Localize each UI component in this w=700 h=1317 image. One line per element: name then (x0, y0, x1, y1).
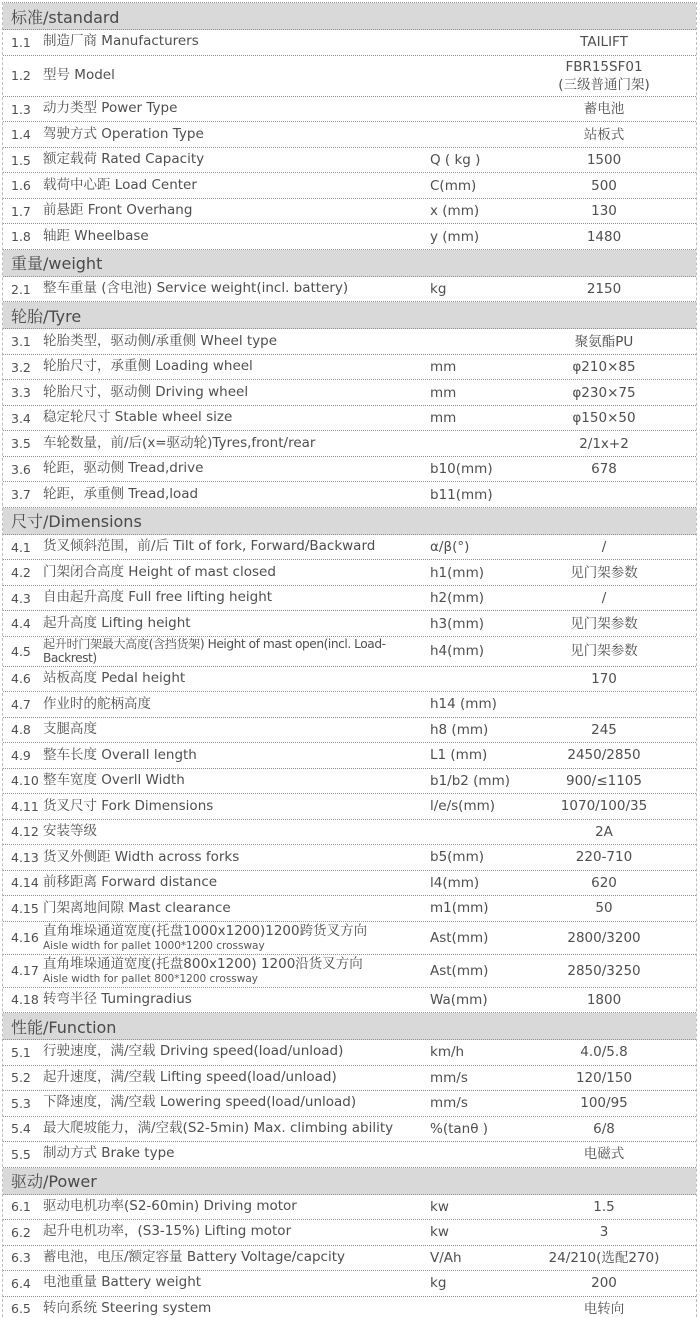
row-value: 3 (516, 1223, 696, 1241)
row-value: 2450/2850 (516, 746, 696, 764)
row-label: 货叉外侧距 Width across forks (43, 850, 430, 866)
table-row: 1.8 轴距 Wheelbase y (mm) 1480 (3, 224, 696, 250)
table-row: 3.4 稳定轮尺寸 Stable wheel size mm φ150×50 (3, 406, 696, 432)
row-number: 5.2 (11, 1070, 43, 1085)
row-value: FBR15SF01 (三级普通门架) (516, 58, 696, 94)
table-row: 4.8 支腿高度 h8 (mm) 245 (3, 718, 696, 744)
section-title: 驱动/Power (11, 1169, 97, 1192)
row-label-main: 轮距，驱动侧 Tread,drive (43, 461, 428, 477)
row-label-main: 整车宽度 Overll Width (43, 773, 428, 789)
row-label: 蓄电池，电压/额定容量 Battery Voltage/capcity (43, 1250, 430, 1266)
table-row: 4.15 门架离地间隙 Mast clearance m1(mm) 50 (3, 896, 696, 922)
table-row: 6.3 蓄电池，电压/额定容量 Battery Voltage/capcity … (3, 1246, 696, 1272)
row-number: 4.15 (11, 901, 43, 916)
row-label-main: 稳定轮尺寸 Stable wheel size (43, 410, 428, 426)
row-label: 电池重量 Battery weight (43, 1275, 430, 1291)
row-number: 5.5 (11, 1147, 43, 1162)
row-label: 最大爬坡能力，满/空载(S2-5min) Max. climbing abili… (43, 1121, 430, 1137)
section-header: 标准/standard (3, 3, 696, 30)
row-label-main: 起升时门架最大高度(含挡货架) Height of mast open(incl… (43, 637, 428, 666)
table-row: 6.5 转向系统 Steering system 电转向 (3, 1297, 696, 1317)
table-row: 4.12 安装等级 2A (3, 820, 696, 846)
row-label-main: 前移距离 Forward distance (43, 875, 428, 891)
row-label: 轮胎尺寸，驱动侧 Driving wheel (43, 385, 430, 401)
row-number: 4.14 (11, 875, 43, 890)
row-number: 6.2 (11, 1225, 43, 1240)
row-value: 2/1x+2 (516, 435, 696, 453)
section-title: 轮胎/Tyre (11, 304, 81, 327)
row-label-main: 轮胎尺寸，承重侧 Loading wheel (43, 359, 428, 375)
row-value: 50 (516, 899, 696, 917)
row-label: 货叉倾斜范围，前/后 Tilt of fork, Forward/Backwar… (43, 539, 430, 555)
row-number: 1.4 (11, 127, 43, 142)
row-label: 作业时的舵柄高度 (43, 697, 430, 713)
section-title: 标准/standard (11, 5, 119, 28)
row-number: 2.1 (11, 282, 43, 297)
row-label: 转向系统 Steering system (43, 1301, 430, 1317)
row-unit: x (mm) (430, 203, 516, 219)
row-unit: mm (430, 385, 516, 401)
row-number: 6.4 (11, 1276, 43, 1291)
table-row: 1.3 动力类型 Power Type 蓄电池 (3, 97, 696, 123)
row-number: 4.13 (11, 850, 43, 865)
table-row: 1.4 驾驶方式 Operation Type 站板式 (3, 122, 696, 148)
row-value: 100/95 (516, 1094, 696, 1112)
row-label: 型号 Model (43, 68, 430, 84)
table-row: 5.1 行驶速度，满/空载 Driving speed(load/unload)… (3, 1040, 696, 1066)
row-label-main: 整车长度 Overall length (43, 748, 428, 764)
row-number: 3.5 (11, 436, 43, 451)
row-value: 见门架参数 (516, 642, 696, 660)
row-number: 5.1 (11, 1045, 43, 1060)
row-label: 门架闭合高度 Height of mast closed (43, 565, 430, 581)
row-label: 前悬距 Front Overhang (43, 203, 430, 219)
row-unit: V/Ah (430, 1250, 516, 1266)
row-label: 轮胎尺寸，承重侧 Loading wheel (43, 359, 430, 375)
row-unit: b5(mm) (430, 849, 516, 865)
row-label: 安装等级 (43, 824, 430, 840)
row-value: 1480 (516, 228, 696, 246)
row-unit: h3(mm) (430, 616, 516, 632)
row-label-sub: Aisle width for pallet 1000*1200 crosswa… (43, 940, 428, 952)
row-label-main: 门架离地间隙 Mast clearance (43, 901, 428, 917)
section-header: 尺寸/Dimensions (3, 508, 696, 535)
row-label-main: 载荷中心距 Load Center (43, 178, 428, 194)
row-label-main: 额定载荷 Rated Capacity (43, 152, 428, 168)
row-number: 5.3 (11, 1096, 43, 1111)
row-label: 载荷中心距 Load Center (43, 178, 430, 194)
row-label: 驾驶方式 Operation Type (43, 127, 430, 143)
table-row: 5.4 最大爬坡能力，满/空载(S2-5min) Max. climbing a… (3, 1117, 696, 1143)
row-value: 130 (516, 202, 696, 220)
row-number: 4.2 (11, 565, 43, 580)
row-unit: h2(mm) (430, 590, 516, 606)
row-unit: C(mm) (430, 178, 516, 194)
row-label: 制动方式 Brake type (43, 1146, 430, 1162)
row-unit: Ast(mm) (430, 963, 516, 979)
table-row: 3.6 轮距，驱动侧 Tread,drive b10(mm) 678 (3, 457, 696, 483)
row-label: 整车宽度 Overll Width (43, 773, 430, 789)
table-row: 4.1 货叉倾斜范围，前/后 Tilt of fork, Forward/Bac… (3, 535, 696, 561)
section-header: 重量/weight (3, 250, 696, 277)
row-number: 3.1 (11, 334, 43, 349)
row-number: 1.1 (11, 35, 43, 50)
table-row: 1.5 额定载荷 Rated Capacity Q ( kg ) 1500 (3, 148, 696, 174)
table-row: 5.2 起升速度，满/空载 Lifting speed(load/unload)… (3, 1066, 696, 1092)
row-label-main: 支腿高度 (43, 722, 428, 738)
row-number: 4.18 (11, 992, 43, 1007)
row-label-main: 整车重量 (含电池) Service weight(incl. battery) (43, 281, 428, 297)
row-unit: l4(mm) (430, 875, 516, 891)
row-unit: h4(mm) (430, 643, 516, 659)
table-row: 4.4 起升高度 Lifting height h3(mm) 见门架参数 (3, 611, 696, 637)
row-label-main: 站板高度 Pedal height (43, 671, 428, 687)
row-number: 4.5 (11, 644, 43, 659)
table-row: 4.17 直角堆垛通道宽度(托盘800x1200) 1200沿货叉方向 Aisl… (3, 955, 696, 988)
row-value: 2800/3200 (516, 929, 696, 947)
row-label: 稳定轮尺寸 Stable wheel size (43, 410, 430, 426)
table-row: 6.2 起升电机功率，(S3-15%) Lifting motor kw 3 (3, 1220, 696, 1246)
row-label-main: 作业时的舵柄高度 (43, 697, 428, 713)
row-value: 2A (516, 823, 696, 841)
row-label: 门架离地间隙 Mast clearance (43, 901, 430, 917)
row-unit: Q ( kg ) (430, 152, 516, 168)
row-unit: kw (430, 1224, 516, 1240)
row-unit: mm/s (430, 1070, 516, 1086)
row-label-main: 转弯半径 Tumingradius (43, 992, 428, 1008)
row-label-main: 行驶速度，满/空载 Driving speed(load/unload) (43, 1044, 428, 1060)
row-number: 6.3 (11, 1250, 43, 1265)
table-row: 4.9 整车长度 Overall length L1 (mm) 2450/285… (3, 743, 696, 769)
row-value: 聚氨酯PU (516, 333, 696, 351)
row-value: 620 (516, 874, 696, 892)
table-row: 4.11 货叉尺寸 Fork Dimensions l/e/s(mm) 1070… (3, 794, 696, 820)
row-value: 500 (516, 177, 696, 195)
row-label: 车轮数量，前/后(x=驱动轮)Tyres,front/rear (43, 436, 430, 452)
row-label: 支腿高度 (43, 722, 430, 738)
row-value: φ150×50 (516, 409, 696, 427)
table-row: 1.1 制造厂商 Manufacturers TAILIFT (3, 30, 696, 56)
row-label-main: 轮胎尺寸，驱动侧 Driving wheel (43, 385, 428, 401)
row-label: 整车重量 (含电池) Service weight(incl. battery) (43, 281, 430, 297)
row-value: 1800 (516, 991, 696, 1009)
row-unit: h14 (mm) (430, 696, 516, 712)
row-label-main: 转向系统 Steering system (43, 1301, 428, 1317)
row-label-main: 货叉外侧距 Width across forks (43, 850, 428, 866)
table-row: 4.16 直角堆垛通道宽度(托盘1000x1200)1200跨货叉方向 Aisl… (3, 922, 696, 955)
table-row: 1.2 型号 Model FBR15SF01 (三级普通门架) (3, 56, 696, 97)
row-number: 1.2 (11, 68, 43, 83)
row-value: 24/210(选配270) (516, 1249, 696, 1267)
table-row: 5.5 制动方式 Brake type 电磁式 (3, 1142, 696, 1168)
row-value: 2150 (516, 280, 696, 298)
row-label: 起升速度，满/空载 Lifting speed(load/unload) (43, 1070, 430, 1086)
table-row: 5.3 下降速度，满/空载 Lowering speed(load/unload… (3, 1091, 696, 1117)
row-number: 1.7 (11, 204, 43, 219)
row-label: 轮距，承重侧 Tread,load (43, 487, 430, 503)
table-row: 3.7 轮距，承重侧 Tread,load b11(mm) (3, 482, 696, 508)
table-row: 3.1 轮胎类型，驱动侧/承重侧 Wheel type 聚氨酯PU (3, 329, 696, 355)
row-number: 6.1 (11, 1199, 43, 1214)
row-value: 220-710 (516, 848, 696, 866)
row-value: / (516, 538, 696, 556)
row-value: 电磁式 (516, 1145, 696, 1163)
row-unit: mm (430, 410, 516, 426)
table-row: 4.14 前移距离 Forward distance l4(mm) 620 (3, 871, 696, 897)
row-value: 200 (516, 1274, 696, 1292)
row-label-main: 货叉倾斜范围，前/后 Tilt of fork, Forward/Backwar… (43, 539, 428, 555)
row-label-main: 驾驶方式 Operation Type (43, 127, 428, 143)
row-value: 170 (516, 670, 696, 688)
row-unit: l/e/s(mm) (430, 798, 516, 814)
row-number: 3.4 (11, 411, 43, 426)
row-value: / (516, 589, 696, 607)
row-number: 4.3 (11, 591, 43, 606)
row-label-main: 车轮数量，前/后(x=驱动轮)Tyres,front/rear (43, 436, 428, 452)
section-title: 尺寸/Dimensions (11, 509, 142, 532)
row-label-main: 起升电机功率，(S3-15%) Lifting motor (43, 1224, 428, 1240)
table-row: 1.7 前悬距 Front Overhang x (mm) 130 (3, 199, 696, 225)
row-value: 见门架参数 (516, 615, 696, 633)
section-title: 性能/Function (11, 1015, 116, 1038)
row-number: 3.7 (11, 487, 43, 502)
row-label: 制造厂商 Manufacturers (43, 34, 430, 50)
section-header: 性能/Function (3, 1013, 696, 1040)
row-value: 900/≤1105 (516, 772, 696, 790)
row-value: 4.0/5.8 (516, 1043, 696, 1061)
row-unit: mm/s (430, 1095, 516, 1111)
section-header: 驱动/Power (3, 1168, 696, 1195)
row-unit: m1(mm) (430, 900, 516, 916)
row-unit: b10(mm) (430, 461, 516, 477)
row-label: 轮胎类型，驱动侧/承重侧 Wheel type (43, 334, 430, 350)
row-label: 起升高度 Lifting height (43, 616, 430, 632)
row-label: 前移距离 Forward distance (43, 875, 430, 891)
row-label-main: 蓄电池，电压/额定容量 Battery Voltage/capcity (43, 1250, 428, 1266)
row-label-main: 型号 Model (43, 68, 428, 84)
row-label-main: 最大爬坡能力，满/空载(S2-5min) Max. climbing abili… (43, 1121, 428, 1137)
table-row: 4.13 货叉外侧距 Width across forks b5(mm) 220… (3, 845, 696, 871)
row-value: TAILIFT (516, 33, 696, 51)
row-number: 4.1 (11, 540, 43, 555)
row-label: 直角堆垛通道宽度(托盘1000x1200)1200跨货叉方向 Aisle wid… (43, 924, 430, 952)
row-number: 4.4 (11, 616, 43, 631)
row-label: 额定载荷 Rated Capacity (43, 152, 430, 168)
row-number: 4.16 (11, 930, 43, 945)
row-label-main: 制动方式 Brake type (43, 1146, 428, 1162)
row-value: φ230×75 (516, 384, 696, 402)
row-label: 货叉尺寸 Fork Dimensions (43, 799, 430, 815)
row-label-main: 货叉尺寸 Fork Dimensions (43, 799, 428, 815)
row-number: 3.3 (11, 385, 43, 400)
row-label-main: 起升高度 Lifting height (43, 616, 428, 632)
row-unit: y (mm) (430, 229, 516, 245)
row-number: 5.4 (11, 1121, 43, 1136)
row-label: 转弯半径 Tumingradius (43, 992, 430, 1008)
row-unit: α/β(°) (430, 539, 516, 555)
table-row: 6.4 电池重量 Battery weight kg 200 (3, 1271, 696, 1297)
row-value: 1070/100/35 (516, 797, 696, 815)
row-label-main: 直角堆垛通道宽度(托盘1000x1200)1200跨货叉方向 (43, 924, 428, 940)
row-label-main: 门架闭合高度 Height of mast closed (43, 565, 428, 581)
row-number: 3.6 (11, 462, 43, 477)
row-value: 245 (516, 721, 696, 739)
row-label: 站板高度 Pedal height (43, 671, 430, 687)
row-unit: b1/b2 (mm) (430, 773, 516, 789)
row-unit: kg (430, 1275, 516, 1291)
row-label-main: 制造厂商 Manufacturers (43, 34, 428, 50)
row-unit: Wa(mm) (430, 992, 516, 1008)
table-row: 3.3 轮胎尺寸，驱动侧 Driving wheel mm φ230×75 (3, 380, 696, 406)
row-number: 4.7 (11, 697, 43, 712)
row-unit: b11(mm) (430, 487, 516, 503)
row-label-main: 自由起升高度 Full free lifting height (43, 590, 428, 606)
table-row: 4.5 起升时门架最大高度(含挡货架) Height of mast open(… (3, 637, 696, 667)
row-number: 3.2 (11, 360, 43, 375)
row-label-main: 起升速度，满/空载 Lifting speed(load/unload) (43, 1070, 428, 1086)
row-value: 站板式 (516, 126, 696, 144)
row-unit: kw (430, 1199, 516, 1215)
row-label-main: 驱动电机功率(S2-60min) Driving motor (43, 1199, 428, 1215)
table-row: 3.2 轮胎尺寸，承重侧 Loading wheel mm φ210×85 (3, 355, 696, 381)
row-value: 1.5 (516, 1198, 696, 1216)
row-value: φ210×85 (516, 358, 696, 376)
row-unit: h8 (mm) (430, 722, 516, 738)
row-label-main: 轮胎类型，驱动侧/承重侧 Wheel type (43, 334, 428, 350)
row-label: 下降速度，满/空载 Lowering speed(load/unload) (43, 1095, 430, 1111)
row-number: 4.12 (11, 824, 43, 839)
row-label: 行驶速度，满/空载 Driving speed(load/unload) (43, 1044, 430, 1060)
table-row: 6.1 驱动电机功率(S2-60min) Driving motor kw 1.… (3, 1195, 696, 1221)
row-number: 4.17 (11, 963, 43, 978)
table-row: 4.3 自由起升高度 Full free lifting height h2(m… (3, 586, 696, 612)
row-label: 自由起升高度 Full free lifting height (43, 590, 430, 606)
row-value: 电转向 (516, 1300, 696, 1317)
row-value: 1500 (516, 151, 696, 169)
row-number: 4.8 (11, 722, 43, 737)
row-label-main: 直角堆垛通道宽度(托盘800x1200) 1200沿货叉方向 (43, 957, 428, 973)
row-unit: Ast(mm) (430, 930, 516, 946)
row-label: 轴距 Wheelbase (43, 229, 430, 245)
row-label-sub: Aisle width for pallet 800*1200 crossway (43, 973, 428, 985)
row-value: 120/150 (516, 1069, 696, 1087)
spec-table: 标准/standard 1.1 制造厂商 Manufacturers TAILI… (2, 2, 697, 1317)
row-number: 4.10 (11, 773, 43, 788)
row-label-main: 下降速度，满/空载 Lowering speed(load/unload) (43, 1095, 428, 1111)
row-number: 1.5 (11, 153, 43, 168)
row-value: 蓄电池 (516, 100, 696, 118)
table-row: 2.1 整车重量 (含电池) Service weight(incl. batt… (3, 277, 696, 303)
row-unit: L1 (mm) (430, 747, 516, 763)
row-label-main: 轮距，承重侧 Tread,load (43, 487, 428, 503)
row-label: 直角堆垛通道宽度(托盘800x1200) 1200沿货叉方向 Aisle wid… (43, 957, 430, 985)
table-row: 4.7 作业时的舵柄高度 h14 (mm) (3, 692, 696, 718)
row-number: 1.8 (11, 229, 43, 244)
row-number: 4.9 (11, 748, 43, 763)
table-row: 1.6 载荷中心距 Load Center C(mm) 500 (3, 173, 696, 199)
table-row: 4.6 站板高度 Pedal height 170 (3, 667, 696, 693)
row-label: 整车长度 Overall length (43, 748, 430, 764)
row-label-main: 动力类型 Power Type (43, 101, 428, 117)
row-value: 见门架参数 (516, 564, 696, 582)
row-value: 6/8 (516, 1120, 696, 1138)
row-value: 678 (516, 460, 696, 478)
row-label: 起升时门架最大高度(含挡货架) Height of mast open(incl… (43, 637, 430, 666)
row-number: 1.6 (11, 178, 43, 193)
row-unit: h1(mm) (430, 565, 516, 581)
section-title: 重量/weight (11, 251, 102, 274)
row-number: 1.3 (11, 102, 43, 117)
row-number: 6.5 (11, 1301, 43, 1316)
row-unit: mm (430, 359, 516, 375)
row-value: 2850/3250 (516, 962, 696, 980)
row-label-main: 轴距 Wheelbase (43, 229, 428, 245)
row-unit: %(tanθ ) (430, 1121, 516, 1137)
table-row: 4.2 门架闭合高度 Height of mast closed h1(mm) … (3, 560, 696, 586)
row-label: 轮距，驱动侧 Tread,drive (43, 461, 430, 477)
table-row: 3.5 车轮数量，前/后(x=驱动轮)Tyres,front/rear 2/1x… (3, 431, 696, 457)
table-row: 4.10 整车宽度 Overll Width b1/b2 (mm) 900/≤1… (3, 769, 696, 795)
row-label: 动力类型 Power Type (43, 101, 430, 117)
row-unit: km/h (430, 1044, 516, 1060)
table-row: 4.18 转弯半径 Tumingradius Wa(mm) 1800 (3, 988, 696, 1014)
row-label-main: 前悬距 Front Overhang (43, 203, 428, 219)
row-label-main: 安装等级 (43, 824, 428, 840)
row-number: 4.11 (11, 799, 43, 814)
row-label: 起升电机功率，(S3-15%) Lifting motor (43, 1224, 430, 1240)
row-label: 驱动电机功率(S2-60min) Driving motor (43, 1199, 430, 1215)
row-label-main: 电池重量 Battery weight (43, 1275, 428, 1291)
row-unit: kg (430, 281, 516, 297)
section-header: 轮胎/Tyre (3, 302, 696, 329)
row-number: 4.6 (11, 671, 43, 686)
